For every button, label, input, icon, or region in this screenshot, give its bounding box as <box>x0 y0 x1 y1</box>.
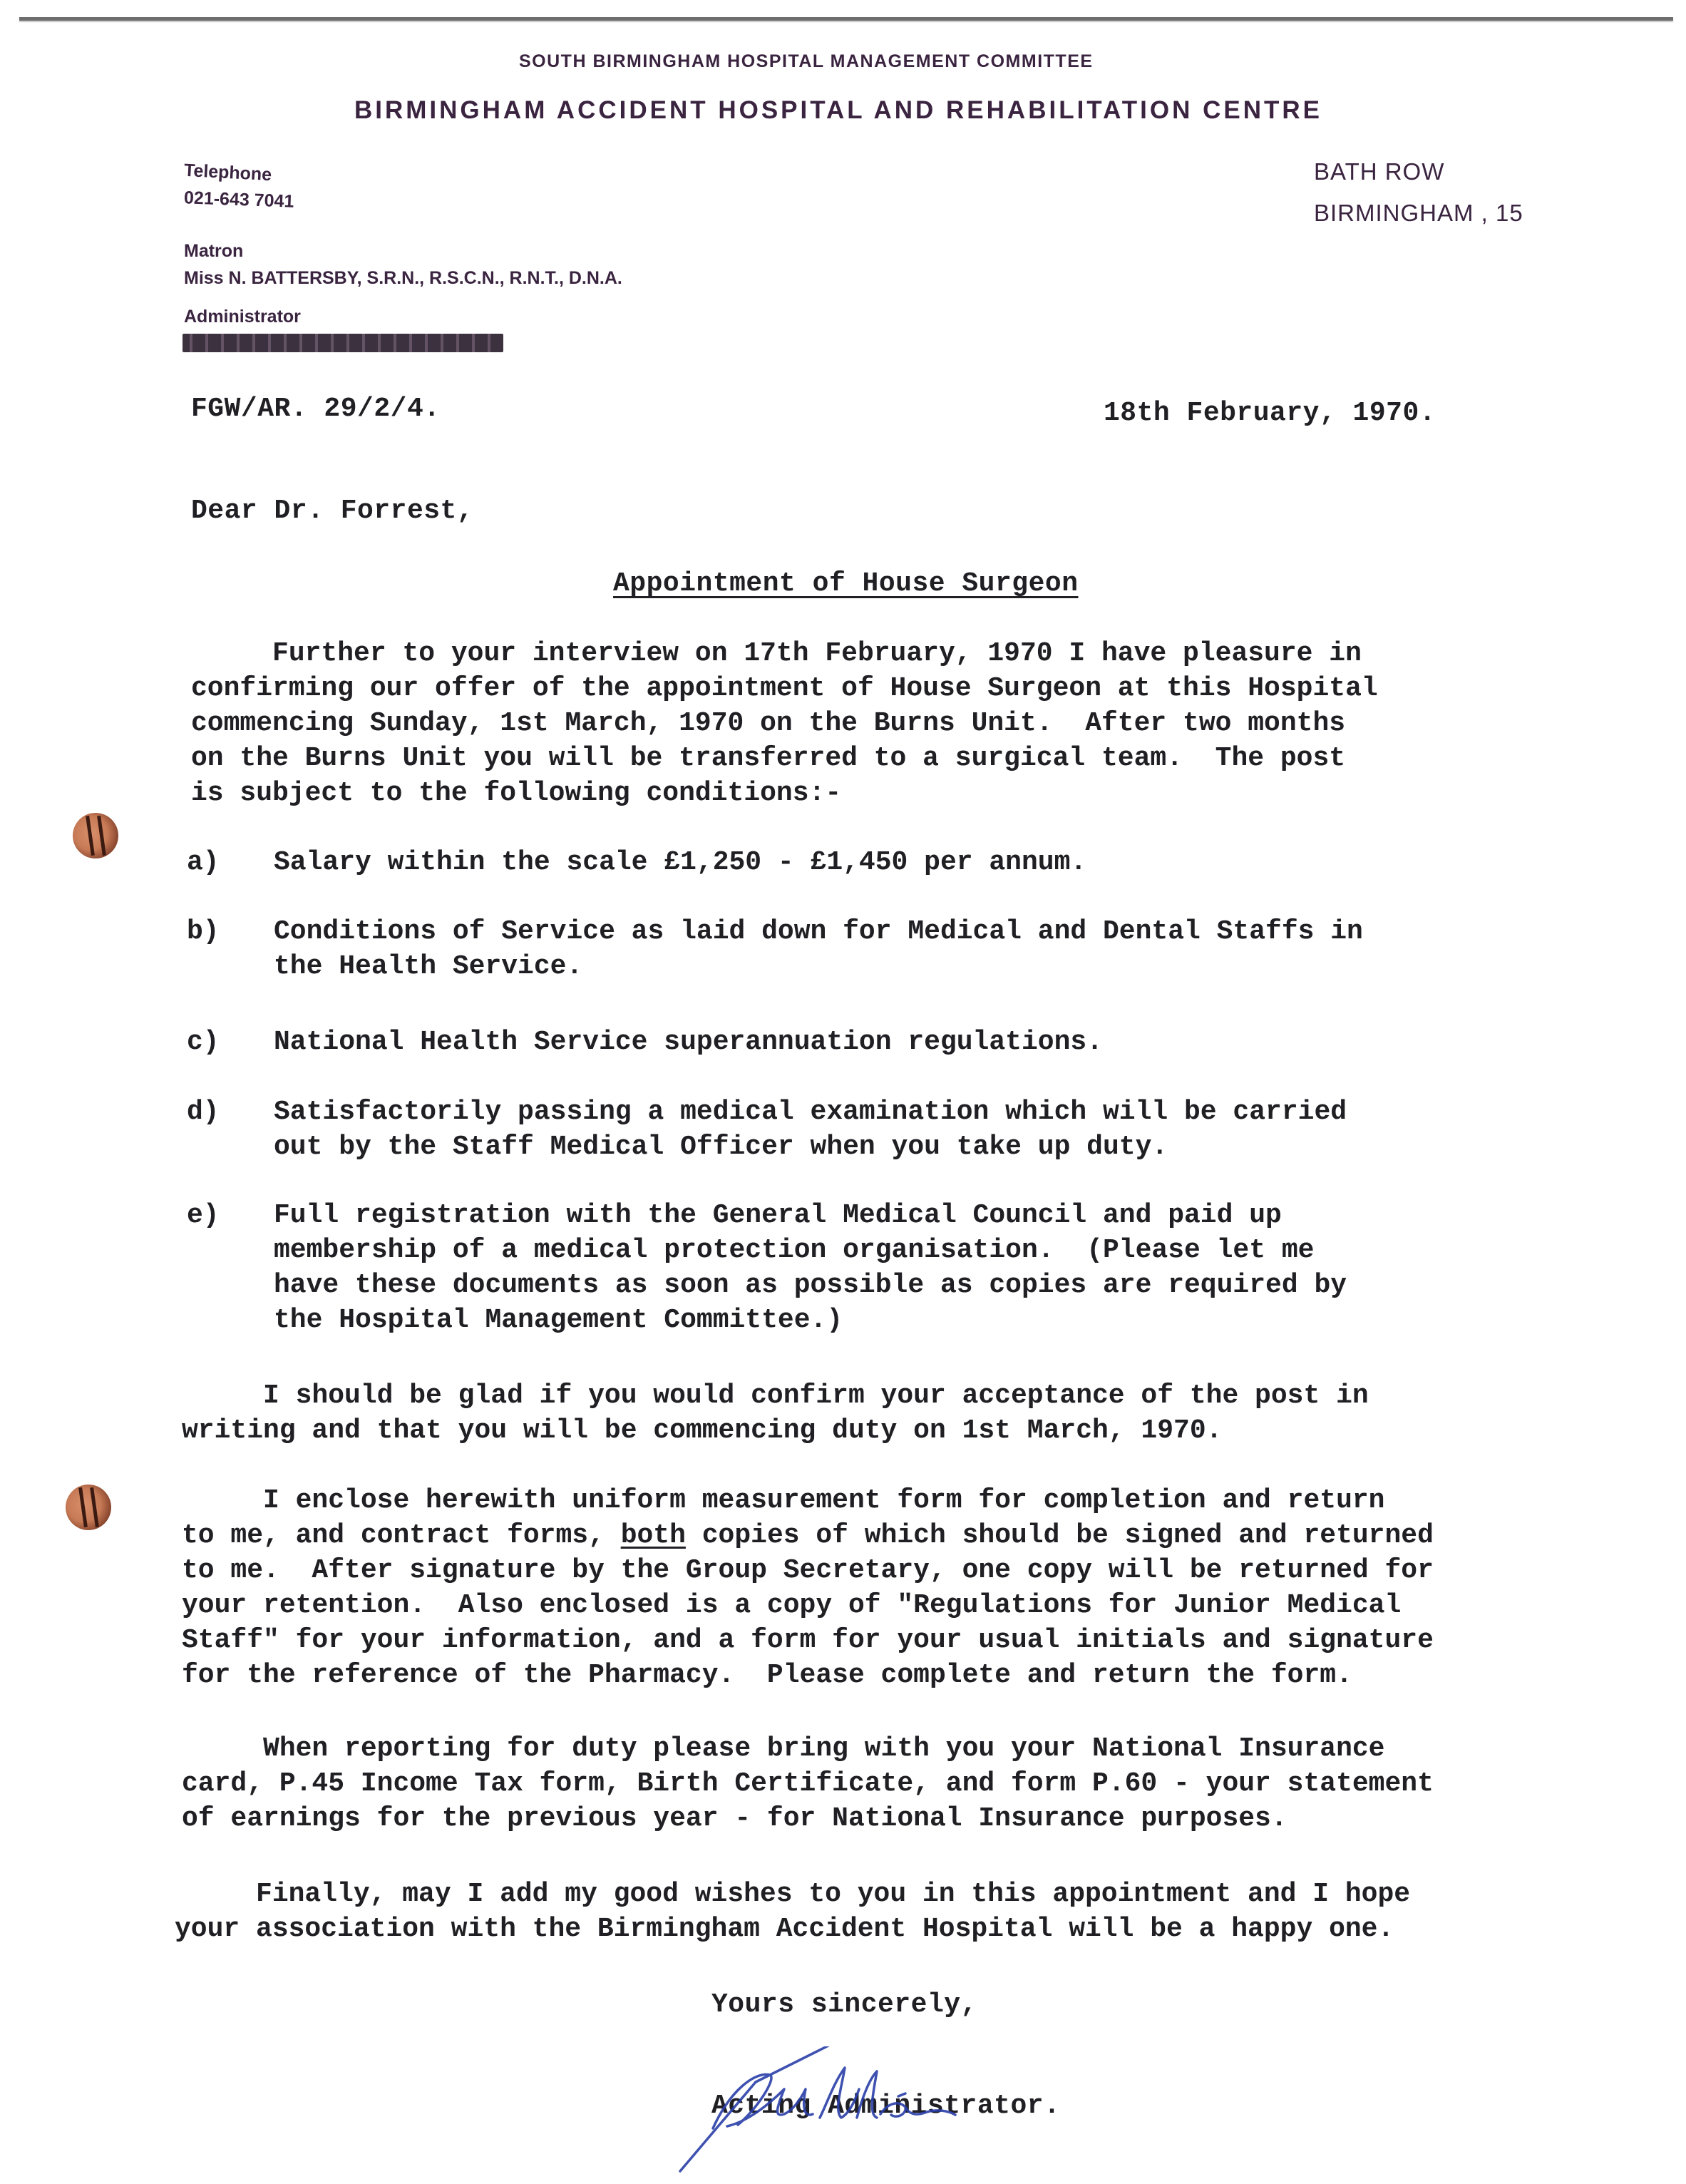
enclosures-line: to me. After signature by the Group Secr… <box>182 1553 1434 1588</box>
reporting-line: of earnings for the previous year - for … <box>182 1801 1434 1836</box>
telephone-number: 021-643 7041 <box>184 188 294 212</box>
salutation: Dear Dr. Forrest, <box>191 496 473 526</box>
letter-reference: FGW/AR. 29/2/4. <box>191 394 441 424</box>
closing-paragraph: Finally, may I add my good wishes to you… <box>175 1877 1410 1947</box>
condition-label: e) <box>187 1198 220 1233</box>
condition-label: a) <box>187 845 220 880</box>
enclosures-line: for the reference of the Pharmacy. Pleas… <box>182 1658 1434 1693</box>
punch-hole-mark <box>73 813 118 858</box>
confirm-paragraph: I should be glad if you would confirm yo… <box>182 1378 1369 1448</box>
intro-line: confirming our offer of the appointment … <box>191 671 1378 706</box>
telephone-label: Telephone <box>183 160 272 185</box>
letter-date: 18th February, 1970. <box>1104 398 1436 429</box>
valediction: Yours sincerely, <box>711 1989 977 2020</box>
intro-line: on the Burns Unit you will be transferre… <box>191 741 1378 776</box>
administrator-name-redacted <box>183 334 503 352</box>
condition-label: d) <box>187 1094 220 1129</box>
closing-line: your association with the Birmingham Acc… <box>175 1912 1410 1947</box>
enclosures-line: to me, and contract forms, both copies o… <box>182 1518 1434 1553</box>
enclosures-line: I enclose herewith uniform measurement f… <box>182 1483 1434 1518</box>
condition-text: Satisfactorily passing a medical examina… <box>274 1094 1347 1129</box>
hospital-name: BIRMINGHAM ACCIDENT HOSPITAL AND REHABIL… <box>354 96 1322 125</box>
emphasis-both: both <box>621 1520 686 1551</box>
condition-label: c) <box>187 1025 220 1060</box>
condition-text: Salary within the scale £1,250 - £1,450 … <box>274 845 1086 880</box>
condition-text: have these documents as soon as possible… <box>274 1268 1347 1303</box>
punch-hole-mark <box>66 1485 111 1530</box>
handwritten-signature <box>670 2046 1041 2175</box>
page-top-border <box>19 17 1673 21</box>
enclosures-paragraph: I enclose herewith uniform measurement f… <box>182 1483 1434 1693</box>
address-line-2: BIRMINGHAM , 15 <box>1314 193 1523 234</box>
condition-label: b) <box>187 914 220 949</box>
intro-line: Further to your interview on 17th Februa… <box>191 636 1378 671</box>
condition-text: the Hospital Management Committee.) <box>274 1303 1347 1338</box>
closing-line: Finally, may I add my good wishes to you… <box>175 1877 1410 1912</box>
matron-name: Miss N. BATTERSBY, S.R.N., R.S.C.N., R.N… <box>184 268 622 289</box>
committee-name: SOUTH BIRMINGHAM HOSPITAL MANAGEMENT COM… <box>519 51 1094 72</box>
address-line-1: BATH ROW <box>1314 151 1523 193</box>
intro-paragraph: Further to your interview on 17th Februa… <box>191 636 1378 811</box>
condition-text: Conditions of Service as laid down for M… <box>274 914 1363 949</box>
condition-text: Full registration with the General Medic… <box>274 1198 1347 1233</box>
administrator-label: Administrator <box>184 307 301 327</box>
intro-line: commencing Sunday, 1st March, 1970 on th… <box>191 706 1378 741</box>
confirm-line: writing and that you will be commencing … <box>182 1413 1369 1448</box>
condition-text: National Health Service superannuation r… <box>274 1025 1103 1060</box>
condition-text: out by the Staff Medical Officer when yo… <box>274 1129 1347 1164</box>
confirm-line: I should be glad if you would confirm yo… <box>182 1378 1369 1413</box>
condition-text: the Health Service. <box>274 949 1363 984</box>
reporting-line: When reporting for duty please bring wit… <box>182 1731 1434 1766</box>
reporting-line: card, P.45 Income Tax form, Birth Certif… <box>182 1766 1434 1801</box>
enclosures-line: your retention. Also enclosed is a copy … <box>182 1588 1434 1623</box>
enclosures-line: Staff" for your information, and a form … <box>182 1623 1434 1658</box>
condition-text: membership of a medical protection organ… <box>274 1233 1347 1268</box>
letter-subject: Appointment of House Surgeon <box>613 568 1079 599</box>
intro-line: is subject to the following conditions:- <box>191 776 1378 811</box>
reporting-paragraph: When reporting for duty please bring wit… <box>182 1731 1434 1836</box>
matron-label: Matron <box>184 241 243 262</box>
hospital-address: BATH ROW BIRMINGHAM , 15 <box>1314 151 1523 234</box>
